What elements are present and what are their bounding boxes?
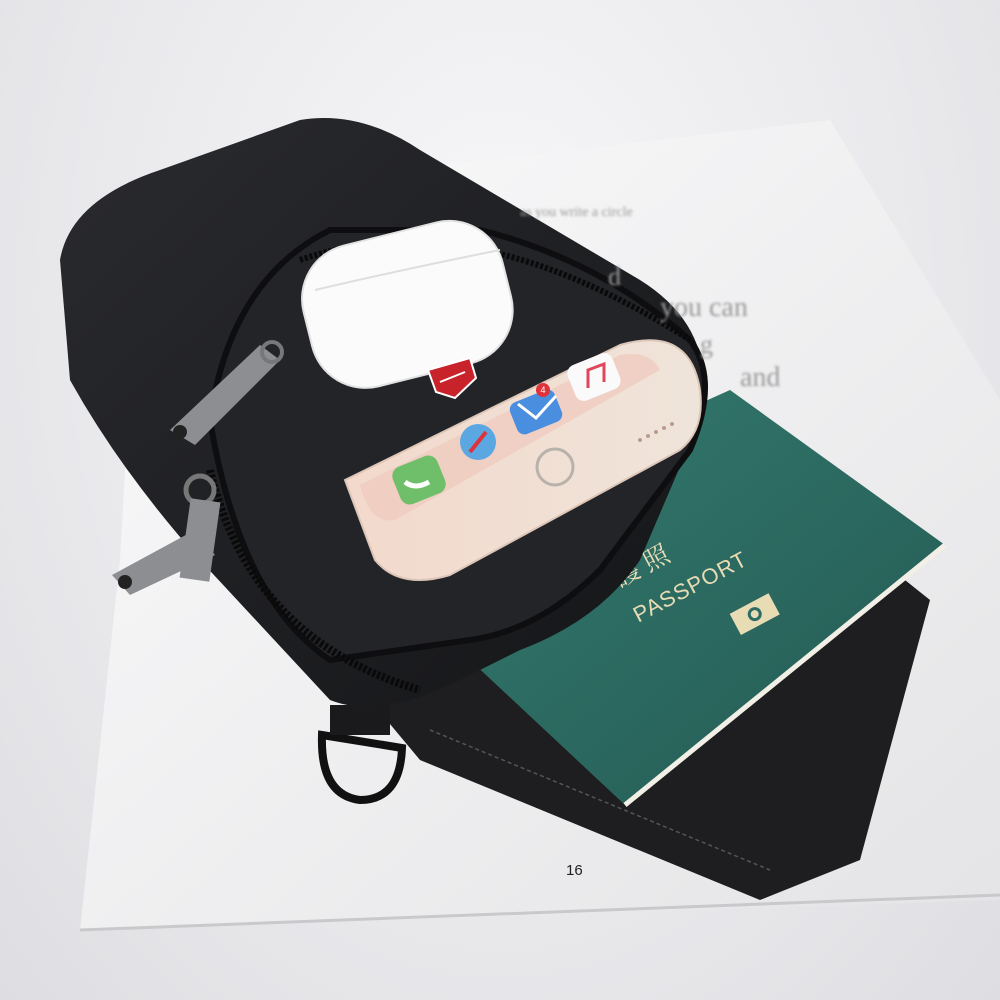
book-text-line: you can xyxy=(660,292,748,324)
product-photo: 護 照 PASSPORT xyxy=(0,0,1000,1000)
book-text-line: g xyxy=(700,330,713,360)
book-text-line: d xyxy=(608,262,621,292)
book-text-line: as you write a circle xyxy=(520,205,633,221)
mail-badge: 4 xyxy=(536,383,550,397)
book-text-line: and xyxy=(740,362,780,394)
page-number: 16 xyxy=(566,862,583,879)
